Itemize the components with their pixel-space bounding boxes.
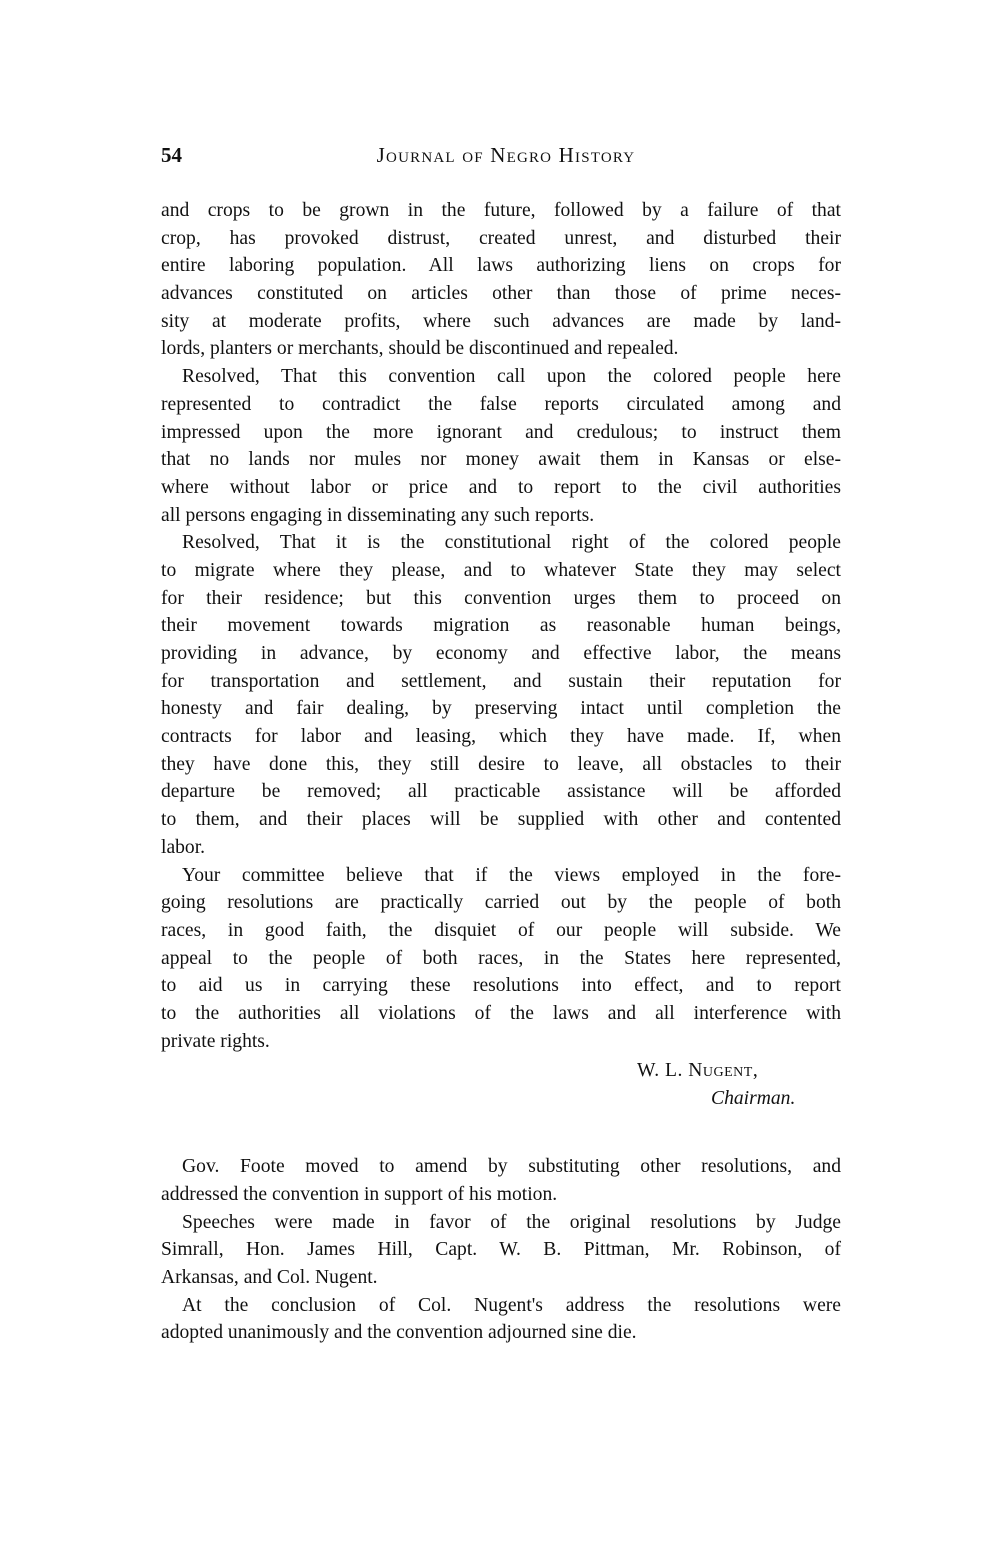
resolutions-section: and crops to be grown in the future, fol… (161, 197, 841, 1055)
text-line: impressed upon the more ignorant and cre… (161, 419, 841, 447)
text-line: lords, planters or merchants, should be … (161, 335, 841, 363)
paragraph-p2: Resolved, That this convention call upon… (161, 363, 841, 529)
signatory-name: W. L. Nugent, (637, 1057, 758, 1085)
text-line: where without labor or price and to repo… (161, 474, 841, 502)
document-page: 54 Journal of Negro History and crops to… (0, 0, 1000, 1553)
paragraph-p1: and crops to be grown in the future, fol… (161, 197, 841, 363)
text-line: to aid us in carrying these resolutions … (161, 972, 841, 1000)
text-line: sity at moderate profits, where such adv… (161, 308, 841, 336)
text-line: contracts for labor and leasing, which t… (161, 723, 841, 751)
paragraph-p3: Resolved, That it is the constitutional … (161, 529, 841, 861)
text-line: private rights. (161, 1028, 841, 1056)
text-line: that no lands nor mules nor money await … (161, 446, 841, 474)
text-line: all persons engaging in disseminating an… (161, 502, 841, 530)
text-line: departure be removed; all practicable as… (161, 778, 841, 806)
text-line: Simrall, Hon. James Hill, Capt. W. B. Pi… (161, 1236, 841, 1264)
text-line: labor. (161, 834, 841, 862)
paragraph-p7: At the conclusion of Col. Nugent's addre… (161, 1292, 841, 1347)
text-line: for their residence; but this convention… (161, 585, 841, 613)
text-line: Arkansas, and Col. Nugent. (161, 1264, 841, 1292)
text-line: Gov. Foote moved to amend by substitutin… (161, 1153, 841, 1181)
signatory-title: Chairman. (711, 1085, 795, 1113)
text-line: races, in good faith, the disquiet of ou… (161, 917, 841, 945)
paragraph-p4: Your committee believe that if the views… (161, 862, 841, 1056)
text-line: their movement towards migration as reas… (161, 612, 841, 640)
text-line: crop, has provoked distrust, created unr… (161, 225, 841, 253)
text-line: Speeches were made in favor of the origi… (161, 1209, 841, 1237)
text-line: they have done this, they still desire t… (161, 751, 841, 779)
text-line: Resolved, That it is the constitutional … (161, 529, 841, 557)
text-line: entire laboring population. All laws aut… (161, 252, 841, 280)
text-line: At the conclusion of Col. Nugent's addre… (161, 1292, 841, 1320)
text-line: to the authorities all violations of the… (161, 1000, 841, 1028)
text-line: and crops to be grown in the future, fol… (161, 197, 841, 225)
paragraph-p5: Gov. Foote moved to amend by substitutin… (161, 1153, 841, 1208)
text-line: advances constituted on articles other t… (161, 280, 841, 308)
text-line: going resolutions are practically carrie… (161, 889, 841, 917)
proceedings-section: Gov. Foote moved to amend by substitutin… (161, 1153, 841, 1347)
signature-block: W. L. Nugent, Chairman. (161, 1057, 841, 1119)
section-spacer (161, 1119, 841, 1153)
text-line: appeal to the people of both races, in t… (161, 945, 841, 973)
text-line: Resolved, That this convention call upon… (161, 363, 841, 391)
text-line: providing in advance, by economy and eff… (161, 640, 841, 668)
text-line: honesty and fair dealing, by preserving … (161, 695, 841, 723)
running-header: 54 Journal of Negro History (161, 143, 841, 173)
journal-title: Journal of Negro History (161, 143, 841, 168)
paragraph-p6: Speeches were made in favor of the origi… (161, 1209, 841, 1292)
text-line: to them, and their places will be suppli… (161, 806, 841, 834)
text-line: addressed the convention in support of h… (161, 1181, 841, 1209)
text-line: to migrate where they please, and to wha… (161, 557, 841, 585)
text-line: represented to contradict the false repo… (161, 391, 841, 419)
text-line: adopted unanimously and the convention a… (161, 1319, 841, 1347)
text-line: for transportation and settlement, and s… (161, 668, 841, 696)
body-text: and crops to be grown in the future, fol… (161, 197, 841, 1347)
text-line: Your committee believe that if the views… (161, 862, 841, 890)
